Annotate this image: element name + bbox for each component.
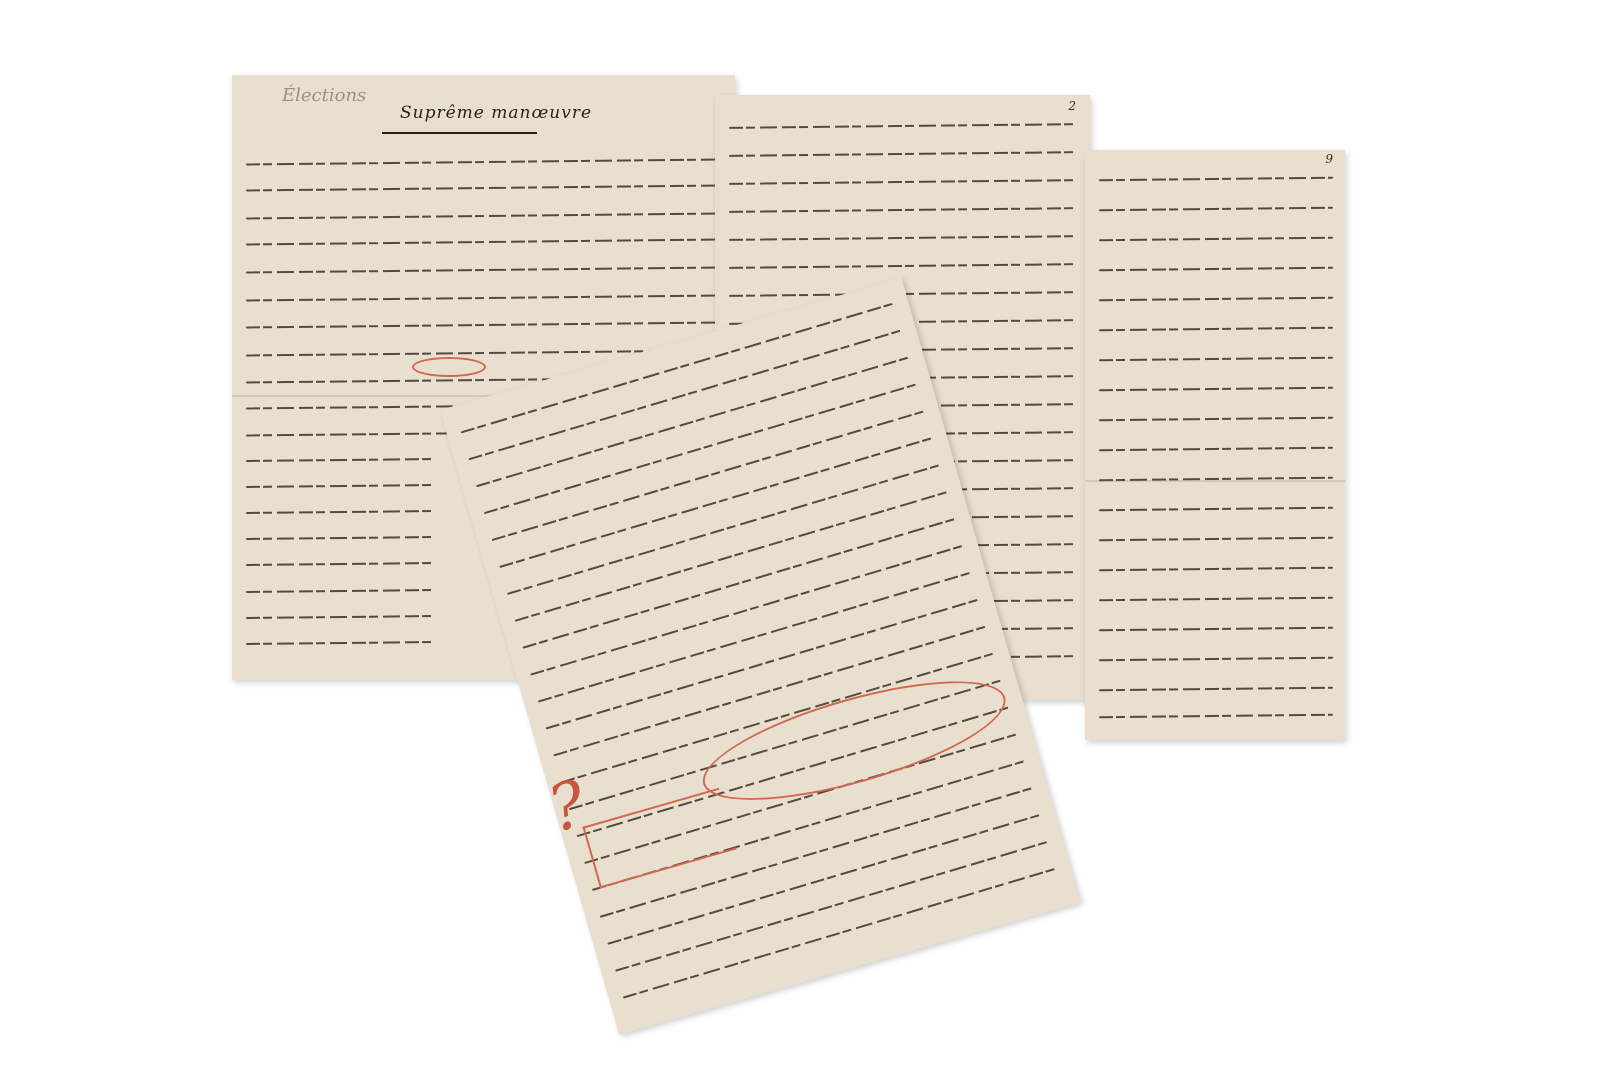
- manuscript-page-3: 9: [1085, 150, 1345, 740]
- red-ellipse-annotation: [412, 357, 486, 377]
- handwritten-lines: [1085, 150, 1345, 740]
